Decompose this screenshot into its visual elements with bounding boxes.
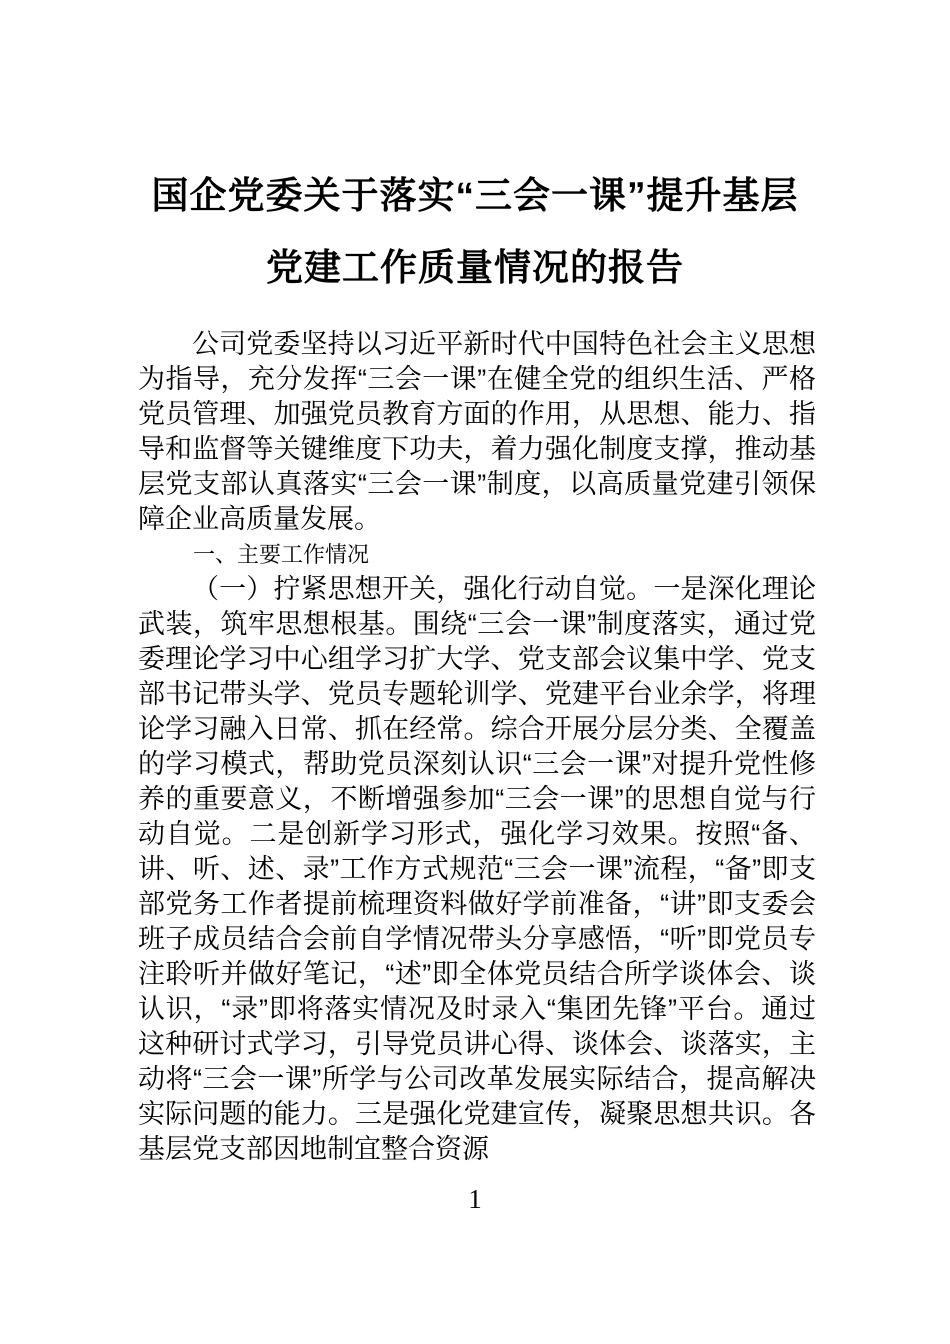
document-page: 国企党委关于落实“三会一课”提升基层 党建工作质量情况的报告 公司党委坚持以习近… [0, 0, 950, 1344]
section-heading-1: 一、主要工作情况 [138, 537, 816, 572]
title-line-1: 国企党委关于落实“三会一课”提升基层 [60, 160, 890, 232]
document-body: 公司党委坚持以习近平新时代中国特色社会主义思想为指导，充分发挥“三会一课”在健全… [138, 327, 816, 1167]
paragraph-intro: 公司党委坚持以习近平新时代中国特色社会主义思想为指导，充分发挥“三会一课”在健全… [138, 327, 816, 537]
document-title: 国企党委关于落实“三会一课”提升基层 党建工作质量情况的报告 [60, 160, 890, 304]
paragraph-section-1-1: （一）拧紧思想开关，强化行动自觉。一是深化理论武装，筑牢思想根基。围绕“三会一课… [138, 572, 816, 1167]
title-line-2: 党建工作质量情况的报告 [60, 232, 890, 304]
page-number: 1 [0, 1184, 950, 1215]
